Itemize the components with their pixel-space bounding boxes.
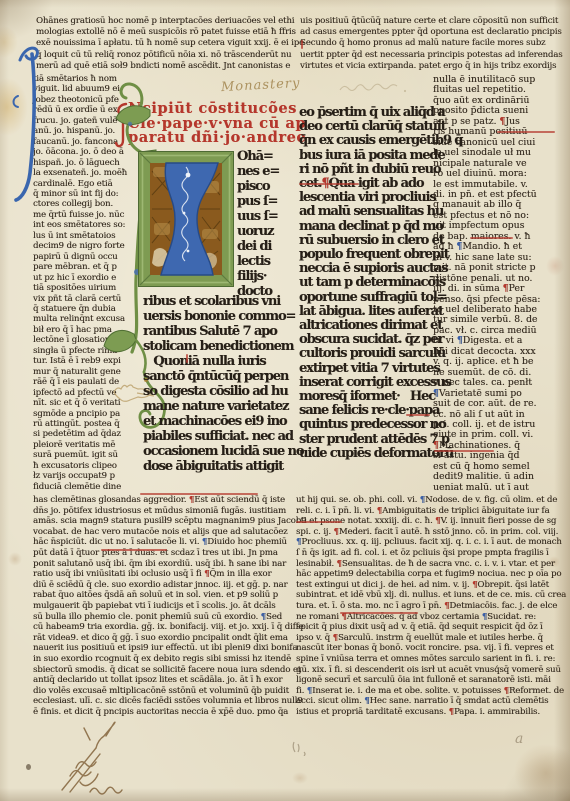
pilcrow-red: ¶ — [499, 116, 505, 127]
ink-dot — [26, 764, 31, 770]
red-underline — [299, 183, 359, 185]
paper-stain — [8, 552, 22, 566]
red-underline — [434, 450, 494, 452]
pilcrow-red: ¶ — [189, 495, 194, 505]
text-column-1: ribus et scolaribus vniuersis bononie co… — [143, 294, 273, 474]
gloss-top-right: uis positiuū q̄tūcūq̄ nature certe et cl… — [300, 16, 560, 72]
faint-inscription-sketch — [338, 80, 408, 96]
red-underline — [101, 549, 167, 551]
corner-mark: a — [515, 731, 523, 747]
pilcrow-blue: ¶ — [482, 612, 487, 622]
text-beside-initial: Ohā=nes e=piscopus ſ=uus ſ=uoruzdei dile… — [237, 149, 279, 299]
pilcrow-blue: ¶ — [457, 335, 463, 346]
red-capital-stroke — [301, 40, 303, 49]
pilcrow-red: ¶ — [204, 569, 209, 579]
red-capital-stroke — [186, 354, 188, 363]
manuscript-page: Ohānes gratiosū hoc nomē p interptacōes … — [0, 0, 570, 801]
pilcrow-blue: ¶ — [261, 612, 266, 622]
pilcrow-red: ¶ — [444, 601, 449, 611]
pilcrow-red: ¶ — [435, 516, 440, 526]
illuminated-initial — [138, 151, 234, 287]
pilcrow-red: ¶ — [503, 283, 509, 294]
paper-stain — [292, 772, 308, 784]
pilcrow-blue: ¶ — [202, 537, 207, 547]
text-column-2: eo p̄sertim q̄ uix aliq̄d adeo certū cla… — [299, 106, 433, 461]
pilcrow-blue: ¶ — [456, 241, 462, 252]
gloss-bottom-left: has clemētinas glosandas aggredior. ¶Est… — [33, 495, 295, 717]
gloss-bottom-right: ut hij qui. se. ob. phi. coll. vi. ¶Nodo… — [296, 495, 562, 717]
pilcrow-blue: ¶ — [420, 495, 425, 505]
blue-flourish-initial — [10, 38, 44, 208]
red-underline — [340, 612, 418, 614]
pilcrow-red: ¶ — [504, 686, 509, 696]
pilcrow-red: ¶ — [472, 580, 477, 590]
red-underline — [140, 493, 258, 495]
red-underline — [497, 131, 555, 133]
margin-marks — [290, 740, 312, 756]
pilcrow-blue: ¶ — [307, 686, 312, 696]
red-underline — [470, 237, 513, 239]
handwritten-inscription: Monastery — [221, 76, 301, 95]
pilcrow-red: ¶ — [333, 633, 338, 643]
pilcrow-red: ¶ — [377, 506, 382, 516]
paper-stain — [514, 744, 570, 801]
pilcrow-red: ¶ — [337, 559, 342, 569]
red-underline — [406, 414, 430, 416]
pilcrow-red: ¶ — [333, 527, 338, 537]
pilcrow-blue: ¶ — [364, 696, 369, 706]
red-underline — [296, 521, 342, 523]
pilcrow-red: ¶ — [449, 707, 454, 717]
manicule-doodle — [40, 712, 148, 800]
pilcrow-blue: ¶ — [296, 537, 301, 547]
